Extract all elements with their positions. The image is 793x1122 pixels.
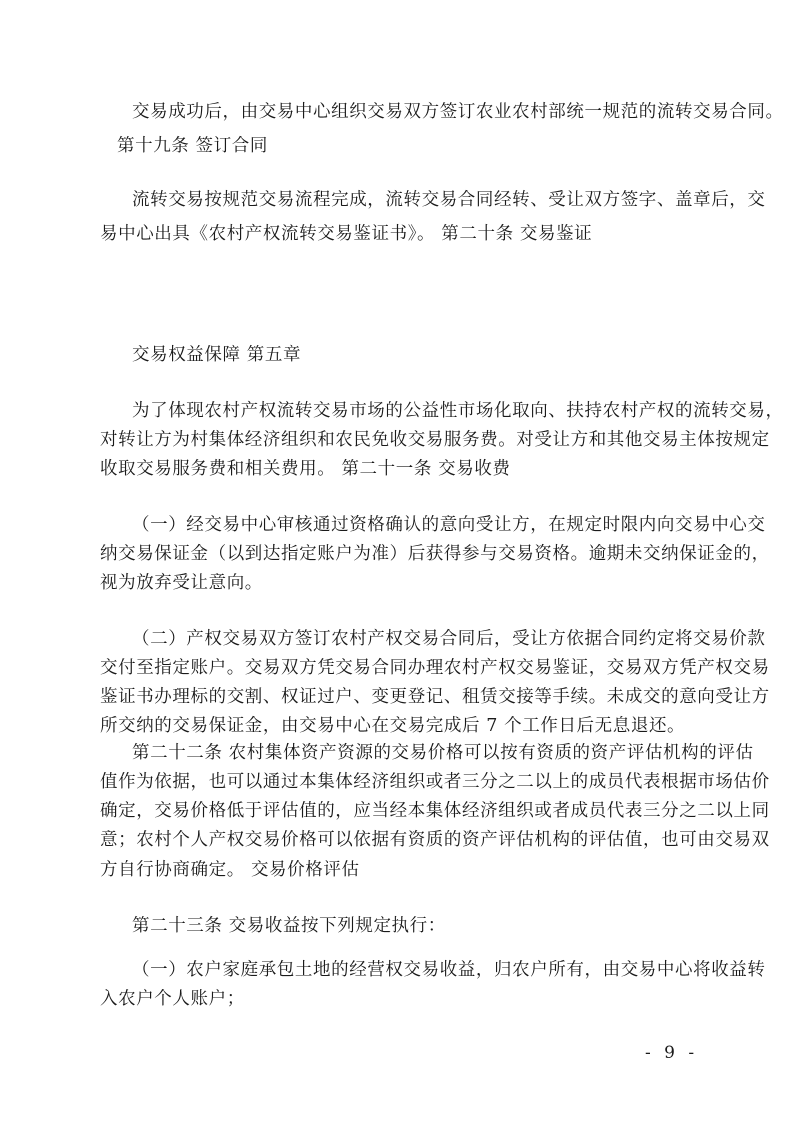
text-line: 交易成功后，由交易中心组织交易双方签订农业农村部统一规范的流转交易合同。 xyxy=(132,100,703,124)
page-number: - 9 - xyxy=(645,1041,698,1065)
text-line: 收取交易服务费和相关费用。 第二十一条 交易收费 xyxy=(100,457,703,481)
text-line: 意；农村个人产权交易价格可以依据有资质的资产评估机构的评估值，也可由交易双 xyxy=(100,828,703,852)
text-line: 入农户个人账户； xyxy=(100,987,703,1011)
text-line: 第二十二条 农村集体资产资源的交易价格可以按有资质的资产评估机构的评估 xyxy=(132,741,703,765)
text-line: 第十九条 签订合同 xyxy=(117,134,720,158)
text-line: （一）农户家庭承包土地的经营权交易收益，归农户所有，由交易中心将收益转 xyxy=(132,958,703,982)
text-line: 为了体现农村产权流转交易市场的公益性市场化取向、扶持农村产权的流转交易， xyxy=(132,399,703,423)
text-line: 易中心出具《农村产权流转交易鉴证书》。 第二十条 交易鉴证 xyxy=(100,222,703,246)
text-line: 流转交易按规范交易流程完成，流转交易合同经转、受让双方签字、盖章后，交 xyxy=(132,188,703,212)
text-line: 纳交易保证金（以到达指定账户为准）后获得参与交易资格。逾期未交纳保证金的， xyxy=(100,542,703,566)
text-line: （一）经交易中心审核通过资格确认的意向受让方，在规定时限内向交易中心交 xyxy=(132,513,703,537)
text-line: 交易权益保障 第五章 xyxy=(132,343,703,367)
text-line: 第二十三条 交易收益按下列规定执行： xyxy=(132,914,703,938)
text-line: 确定，交易价格低于评估值的，应当经本集体经济组织或者成员代表三分之二以上同 xyxy=(100,799,703,823)
text-line: 鉴证书办理标的交割、权证过户、变更登记、租赁交接等手续。未成交的意向受让方 xyxy=(100,685,703,709)
text-line: 所交纳的交易保证金，由交易中心在交易完成后 7 个工作日后无息退还。 xyxy=(100,714,703,738)
text-line: 方自行协商确定。 交易价格评估 xyxy=(100,858,703,882)
text-line: （二）产权交易双方签订农村产权交易合同后，受让方依据合同约定将交易价款 xyxy=(132,627,703,651)
text-line: 值作为依据，也可以通过本集体经济组织或者三分之二以上的成员代表根据市场估价 xyxy=(100,770,703,794)
text-line: 对转让方为村集体经济组织和农民免收交易服务费。对受让方和其他交易主体按规定 xyxy=(100,428,703,452)
text-line: 交付至指定账户。交易双方凭交易合同办理农村产权交易鉴证，交易双方凭产权交易 xyxy=(100,656,703,680)
text-line: 视为放弃受让意向。 xyxy=(100,571,703,595)
document-page: 交易成功后，由交易中心组织交易双方签订农业农村部统一规范的流转交易合同。第十九条… xyxy=(0,0,793,1122)
